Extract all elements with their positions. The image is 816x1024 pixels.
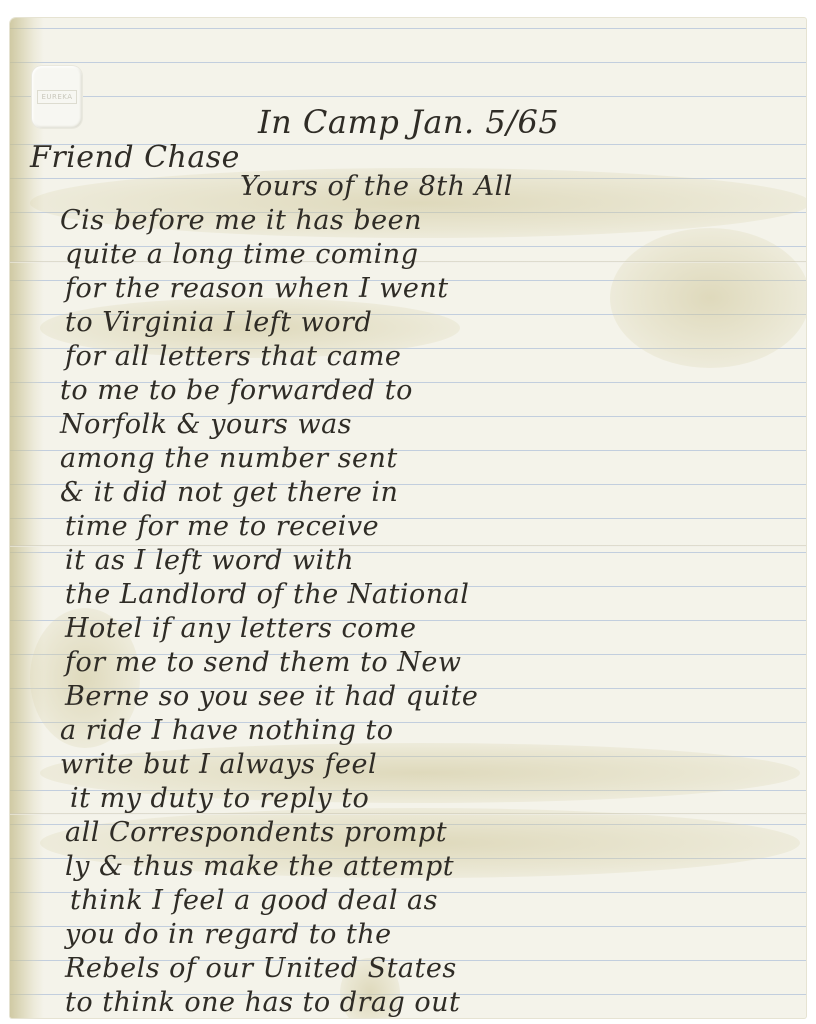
embossed-stamp: EUREKA (32, 66, 82, 128)
letter-heading: In Camp Jan. 5/65 (258, 103, 559, 141)
letter-line: Norfolk & yours was (60, 409, 352, 440)
letter-line: & it did not get there in (60, 477, 398, 508)
letter-line: Berne so you see it had quite (65, 681, 478, 712)
letter-line: it my duty to reply to (70, 783, 369, 814)
letter-line: to think one has to drag out (65, 987, 460, 1018)
letter-line: for the reason when I went (65, 273, 449, 304)
letter-line: think I feel a good deal as (70, 885, 438, 916)
letter-salutation: Friend Chase (30, 140, 240, 175)
letter-line: Hotel if any letters come (65, 613, 416, 644)
letter-line: for all letters that came (65, 341, 401, 372)
letter-line: all Correspondents prompt (65, 817, 447, 848)
letter-line: a ride I have nothing to (60, 715, 394, 746)
letter-line: Yours of the 8th All (240, 171, 513, 202)
letter-line: ly & thus make the attempt (65, 851, 454, 882)
letter-line: Cis before me it has been (60, 205, 422, 236)
letter-line: you do in regard to the (65, 919, 392, 950)
letter-line: Rebels of our United States (65, 953, 457, 984)
letter-line: it as I left word with (65, 545, 354, 576)
letter-line: the Landlord of the National (65, 579, 469, 610)
letter-line: time for me to receive (65, 511, 379, 542)
letter-line: among the number sent (60, 443, 398, 474)
letter-line: to me to be forwarded to (60, 375, 413, 406)
letter-line: for me to send them to New (65, 647, 461, 678)
letter-line: write but I always feel (60, 749, 377, 780)
letter-line: to Virginia I left word (65, 307, 372, 338)
letter-line: quite a long time coming (65, 239, 418, 270)
letter-page: EUREKA In Camp Jan. 5/65 Friend Chase Yo… (10, 18, 806, 1018)
